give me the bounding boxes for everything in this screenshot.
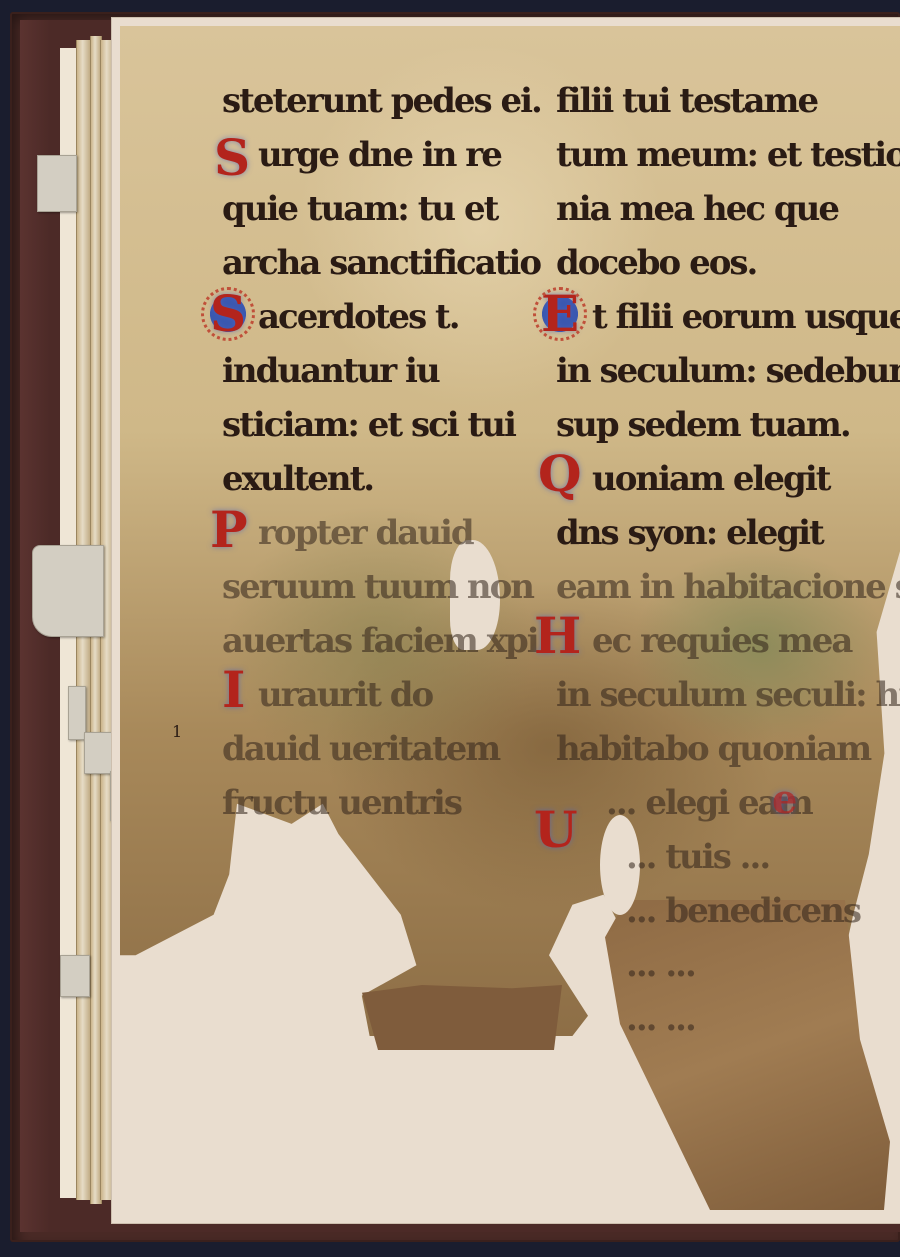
- text-line: ... tuis ...: [556, 830, 900, 884]
- text-line: tum meum: et testio: [556, 128, 900, 182]
- text-line: t filii eorum usque: [556, 290, 900, 344]
- text-line: quie tuam: tu et: [222, 182, 541, 236]
- initial-h-red: H: [534, 606, 581, 665]
- text-line: ... ...: [556, 992, 900, 1046]
- guard-tab: [37, 155, 77, 212]
- text-line: eam in habitacione sibi.: [556, 560, 900, 614]
- initial-u-red: U: [534, 800, 578, 859]
- text-line: induantur iu: [222, 344, 541, 398]
- text-line: exultent.: [222, 452, 541, 506]
- margin-mark: 1: [172, 722, 182, 741]
- initial-e-decorated: E: [532, 286, 588, 342]
- text-line: nia mea hec que: [556, 182, 900, 236]
- text-line: dns syon: elegit: [556, 506, 900, 560]
- text-line: steterunt pedes ei.: [222, 74, 541, 128]
- text-line: dauid ueritatem: [222, 722, 541, 776]
- text-line: uraurit do: [222, 668, 541, 722]
- text-line: habitabo quoniam: [556, 722, 900, 776]
- initial-p-red: P: [210, 500, 248, 559]
- initial-i-decorated: I: [222, 660, 245, 719]
- parchment-fragment: [362, 985, 562, 1050]
- left-text-column: steterunt pedes ei. urge dne in re quie …: [222, 74, 541, 830]
- text-line: ... benedicens: [556, 884, 900, 938]
- text-line: fructu uentris: [222, 776, 541, 830]
- text-line: acerdotes t.: [222, 290, 541, 344]
- initial-s-red: S: [214, 128, 250, 187]
- guard-tab: [32, 545, 104, 637]
- text-line: filii tui testame: [556, 74, 900, 128]
- initial-q-red: Q: [538, 444, 582, 503]
- right-text-column: filii tui testame tum meum: et testio ni…: [556, 74, 900, 1046]
- text-line: in seculum: sedebunt: [556, 344, 900, 398]
- text-line: in seculum seculi: hic: [556, 668, 900, 722]
- initial-s-decorated: S: [200, 286, 256, 342]
- text-line: docebo eos.: [556, 236, 900, 290]
- text-line: uoniam elegit: [556, 452, 900, 506]
- text-line: ... elegi eam: [556, 776, 900, 830]
- text-line: archa sanctificatio: [222, 236, 541, 290]
- initial-e-faded: e: [772, 776, 797, 823]
- text-line: ec requies mea: [556, 614, 900, 668]
- text-line: sticiam: et sci tui: [222, 398, 541, 452]
- guard-tab: [60, 955, 90, 997]
- text-line: sup sedem tuam.: [556, 398, 900, 452]
- text-line: ... ...: [556, 938, 900, 992]
- text-line: urge dne in re: [222, 128, 541, 182]
- text-line: seruum tuum non: [222, 560, 541, 614]
- text-line: ropter dauid: [222, 506, 541, 560]
- text-line: auertas faciem xpi: [222, 614, 541, 668]
